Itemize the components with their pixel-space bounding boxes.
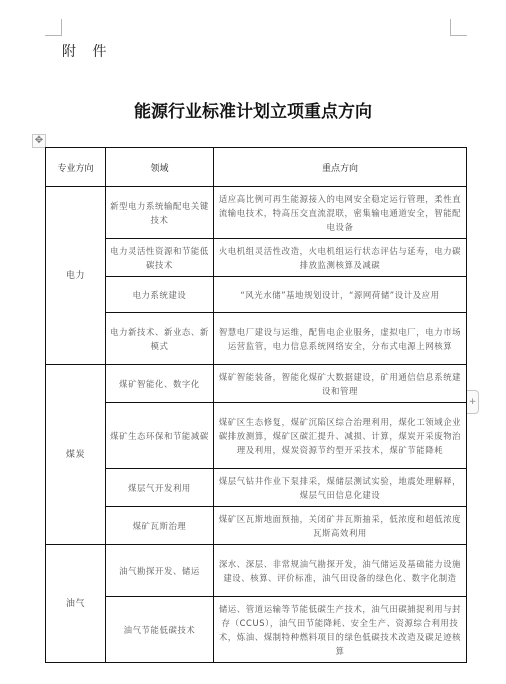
table-row: 油气节能低碳技术 储运、管道运输等节能低碳生产技术，油气田碳捕捉利用与封存（CC… bbox=[46, 597, 467, 663]
category-cell: 电力 bbox=[46, 187, 106, 365]
header-category: 专业方向 bbox=[46, 148, 106, 187]
focus-cell: “风光水储”基地规划设计，“源网荷储”设计及应用 bbox=[214, 277, 467, 313]
table-row: 电力灵活性资源和节能低碳技术 火电机组灵活性改造，火电机组运行状态评估与延寿，电… bbox=[46, 239, 467, 277]
standards-table: 专业方向 领域 重点方向 电力 新型电力系统输配电关键技术 适应高比例可再生能源… bbox=[45, 147, 467, 663]
focus-cell: 煤层气钻井作业下泵排采，煤储层测试实验，地震处理解释，煤层气田信息化建设 bbox=[214, 469, 467, 507]
category-cell: 煤炭 bbox=[46, 365, 106, 545]
focus-cell: 火电机组灵活性改造，火电机组运行状态评估与延寿，电力碳排放监测核算及减碳 bbox=[214, 239, 467, 277]
focus-cell: 煤矿区生态修复，煤矿沉陷区综合治理利用，煤化工领域企业碳排放测算，煤矿区碳汇提升… bbox=[214, 403, 467, 469]
table-row: 煤矿瓦斯治理 煤矿区瓦斯地面预抽，关闭矿井瓦斯抽采，低浓度和超低浓度瓦斯高效利用 bbox=[46, 507, 467, 545]
focus-cell: 煤矿区瓦斯地面预抽，关闭矿井瓦斯抽采，低浓度和超低浓度瓦斯高效利用 bbox=[214, 507, 467, 545]
table-header-row: 专业方向 领域 重点方向 bbox=[46, 148, 467, 187]
table-row: 煤层气开发利用 煤层气钻井作业下泵排采，煤储层测试实验，地震处理解释，煤层气田信… bbox=[46, 469, 467, 507]
field-cell: 煤矿智能化、数字化 bbox=[106, 365, 214, 403]
table-row: 煤矿生态环保和节能减碳 煤矿区生态修复，煤矿沉陷区综合治理利用，煤化工领域企业碳… bbox=[46, 403, 467, 469]
field-cell: 电力灵活性资源和节能低碳技术 bbox=[106, 239, 214, 277]
focus-cell: 储运、管道运输等节能低碳生产技术，油气田碳捕捉利用与封存（CCUS），油气田节能… bbox=[214, 597, 467, 663]
field-cell: 煤矿瓦斯治理 bbox=[106, 507, 214, 545]
focus-cell: 深水、深层、非常规油气勘探开发，油气储运及基础能力设施建设、核算、评价标准，油气… bbox=[214, 545, 467, 597]
attachment-label: 附 件 bbox=[62, 41, 112, 61]
table-row: 电力系统建设 “风光水储”基地规划设计，“源网荷储”设计及应用 bbox=[46, 277, 467, 313]
focus-cell: 适应高比例可再生能源接入的电网安全稳定运行管理，柔性直流输电技术，特高压交直流混… bbox=[214, 187, 467, 239]
focus-cell: 煤矿智能装备，智能化煤矿大数据建设，矿用通信信息系统建设和管理 bbox=[214, 365, 467, 403]
focus-cell: 智慧电厂建设与运维，配售电企业服务，虚拟电厂，电力市场运营监管，电力信息系统网络… bbox=[214, 313, 467, 365]
field-cell: 油气节能低碳技术 bbox=[106, 597, 214, 663]
table-move-handle-icon[interactable]: ✥ bbox=[32, 134, 46, 148]
field-cell: 新型电力系统输配电关键技术 bbox=[106, 187, 214, 239]
table-row: 油气 油气勘探开发、储运 深水、深层、非常规油气勘探开发，油气储运及基础能力设施… bbox=[46, 545, 467, 597]
header-focus: 重点方向 bbox=[214, 148, 467, 187]
header-field: 领域 bbox=[106, 148, 214, 187]
field-cell: 电力系统建设 bbox=[106, 277, 214, 313]
table-row: 电力 新型电力系统输配电关键技术 适应高比例可再生能源接入的电网安全稳定运行管理… bbox=[46, 187, 467, 239]
document-title: 能源行业标准计划立项重点方向 bbox=[0, 97, 506, 122]
table-row: 电力新技术、新业态、新模式 智慧电厂建设与运维，配售电企业服务，虚拟电厂，电力市… bbox=[46, 313, 467, 365]
page-margin-corner-top-right bbox=[450, 19, 467, 36]
table-row: 煤炭 煤矿智能化、数字化 煤矿智能装备，智能化煤矿大数据建设，矿用通信信息系统建… bbox=[46, 365, 467, 403]
page-margin-corner-top-left bbox=[45, 19, 62, 36]
field-cell: 煤层气开发利用 bbox=[106, 469, 214, 507]
add-column-icon[interactable]: + bbox=[467, 390, 479, 414]
field-cell: 煤矿生态环保和节能减碳 bbox=[106, 403, 214, 469]
category-cell: 油气 bbox=[46, 545, 106, 663]
field-cell: 油气勘探开发、储运 bbox=[106, 545, 214, 597]
field-cell: 电力新技术、新业态、新模式 bbox=[106, 313, 214, 365]
